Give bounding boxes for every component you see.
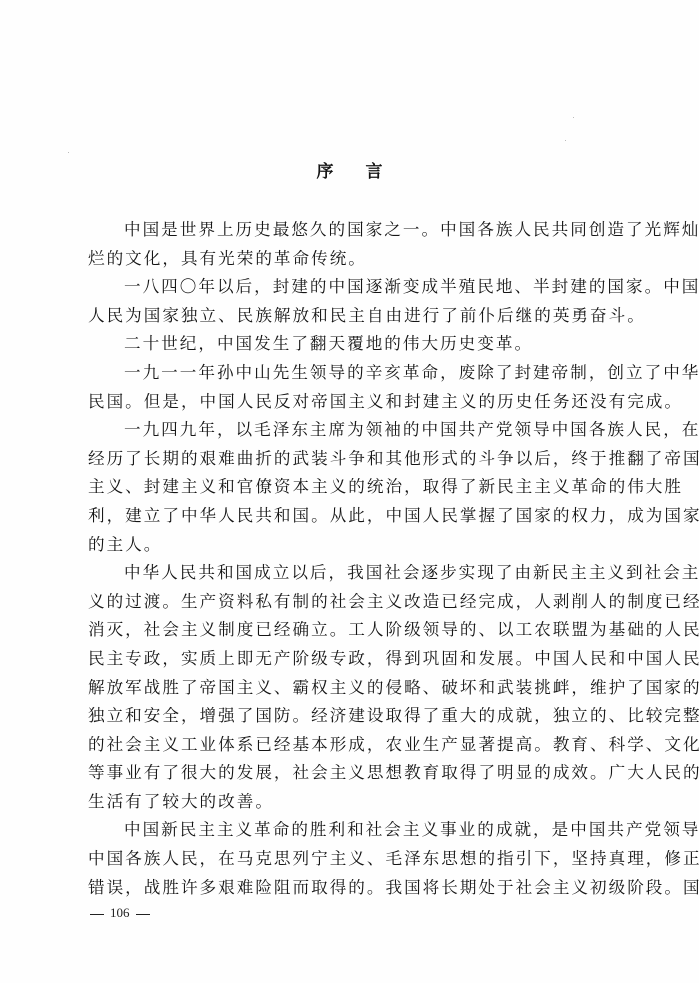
text-line: 独立和安全，增强了国防。经济建设取得了重大的成就，独立的、比较完整 bbox=[88, 702, 633, 731]
page-number-value: 106 bbox=[110, 905, 130, 920]
text-line: 义的过渡。生产资料私有制的社会主义改造已经完成，人剥削人的制度已经 bbox=[88, 588, 633, 617]
text-line: 的社会主义工业体系已经基本形成，农业生产显著提高。教育、科学、文化 bbox=[88, 731, 633, 760]
text-line: 中国各族人民，在马克思列宁主义、毛泽东思想的指引下，坚持真理，修正 bbox=[88, 845, 633, 874]
text-line: 经历了长期的艰难曲折的武装斗争和其他形式的斗争以后，终于推翻了帝国 bbox=[88, 445, 633, 474]
scan-speck bbox=[565, 140, 566, 141]
dash-right bbox=[136, 914, 150, 915]
text-line: 生活有了较大的改善。 bbox=[88, 788, 633, 817]
text-line: 烂的文化，具有光荣的革命传统。 bbox=[88, 245, 633, 274]
dash-left bbox=[90, 914, 104, 915]
text-line: 一九一一年孙中山先生领导的辛亥革命，废除了封建帝制，创立了中华 bbox=[88, 359, 633, 388]
scan-speck bbox=[68, 152, 69, 153]
scan-speck bbox=[573, 117, 574, 118]
text-line: 解放军战胜了帝国主义、霸权主义的侵略、破坏和武装挑衅，维护了国家的 bbox=[88, 674, 633, 703]
page-title: 序言 bbox=[0, 160, 699, 184]
text-line: 人民为国家独立、民族解放和民主自由进行了前仆后继的英勇奋斗。 bbox=[88, 302, 633, 331]
text-line: 错误，战胜许多艰难险阻而取得的。我国将长期处于社会主义初级阶段。国 bbox=[88, 874, 633, 903]
title-char-1: 序 bbox=[317, 160, 334, 184]
document-page: 序言 中国是世界上历史最悠久的国家之一。中国各族人民共同创造了光辉灿 烂的文化，… bbox=[0, 0, 699, 983]
page-number: 106 bbox=[90, 904, 156, 922]
text-line: 一九四九年，以毛泽东主席为领袖的中国共产党领导中国各族人民，在 bbox=[88, 416, 633, 445]
text-line: 等事业有了很大的发展，社会主义思想教育取得了明显的成效。广大人民的 bbox=[88, 759, 633, 788]
text-line: 民国。但是，中国人民反对帝国主义和封建主义的历史任务还没有完成。 bbox=[88, 388, 633, 417]
text-line: 中国是世界上历史最悠久的国家之一。中国各族人民共同创造了光辉灿 bbox=[88, 216, 633, 245]
title-char-2: 言 bbox=[366, 160, 383, 184]
text-line: 的主人。 bbox=[88, 531, 633, 560]
text-line: 中华人民共和国成立以后，我国社会逐步实现了由新民主主义到社会主 bbox=[88, 559, 633, 588]
text-line: 主义、封建主义和官僚资本主义的统治，取得了新民主主义革命的伟大胜 bbox=[88, 473, 633, 502]
text-line: 消灭，社会主义制度已经确立。工人阶级领导的、以工农联盟为基础的人民 bbox=[88, 616, 633, 645]
text-line: 民主专政，实质上即无产阶级专政，得到巩固和发展。中国人民和中国人民 bbox=[88, 645, 633, 674]
text-line: 中国新民主主义革命的胜利和社会主义事业的成就，是中国共产党领导 bbox=[88, 816, 633, 845]
text-line: 一八四〇年以后，封建的中国逐渐变成半殖民地、半封建的国家。中国 bbox=[88, 273, 633, 302]
text-line: 利，建立了中华人民共和国。从此，中国人民掌握了国家的权力，成为国家 bbox=[88, 502, 633, 531]
text-line: 二十世纪，中国发生了翻天覆地的伟大历史变革。 bbox=[88, 330, 633, 359]
preamble-body: 中国是世界上历史最悠久的国家之一。中国各族人民共同创造了光辉灿 烂的文化，具有光… bbox=[88, 216, 633, 902]
